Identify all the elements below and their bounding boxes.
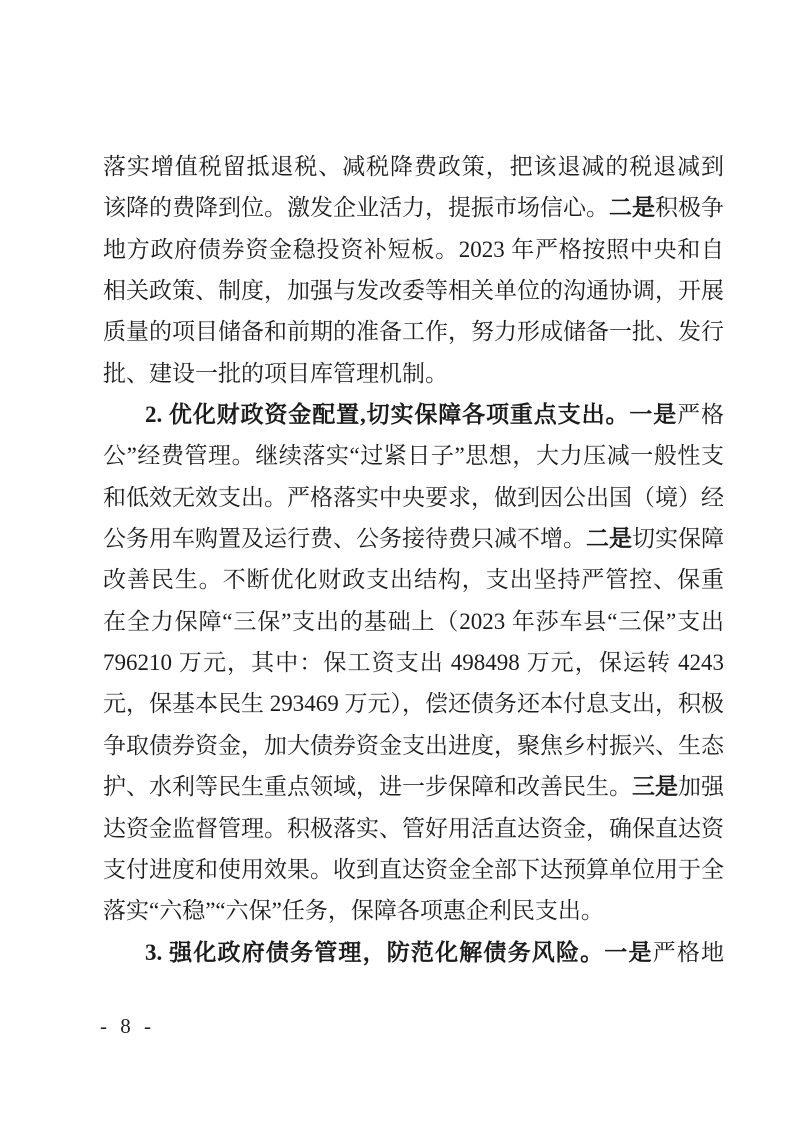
text-run: 在全力保障“三保”支出的基础上（2023 年莎车县“三保”支出 <box>103 609 724 634</box>
text-run: 护、水利等民生重点领域，进一步保障和改善民生。 <box>103 774 632 799</box>
bold-text-run: 二是 <box>586 526 632 551</box>
text-line: 争取债券资金，加大债券资金支出进度，聚焦乡村振兴、生态保 <box>103 725 724 766</box>
document-page: 落实增值税留抵退税、减税降费政策，把该退减的税退减到位、该降的费降到位。激发企业… <box>0 0 793 1122</box>
text-line: 地方政府债券资金稳投资补短板。2023 年严格按照中央和自治区 <box>103 229 724 270</box>
text-line: 改善民生。不断优化财政支出结构，支出坚持严管控、保重点， <box>103 559 724 600</box>
text-run: 批、建设一批的项目库管理机制。 <box>103 361 448 386</box>
text-line: 达资金监督管理。积极落实、管好用活直达资金，确保直达资金 <box>103 808 724 849</box>
text-run: 支付进度和使用效果。收到直达资金全部下达预算单位用于全面 <box>103 857 724 890</box>
bold-text-run: 二是 <box>609 195 655 220</box>
text-line: 落实“六稳”“六保”任务，保障各项惠企利民支出。 <box>103 890 724 931</box>
text-line: 该降的费降到位。激发企业活力，提振市场信心。二是积极争取 <box>103 187 724 228</box>
document-content: 落实增值税留抵退税、减税降费政策，把该退减的税退减到位、该降的费降到位。激发企业… <box>103 146 724 973</box>
text-line: 元，保基本民生 293469 万元），偿还债务还本付息支出，积极 <box>103 683 724 724</box>
text-line: 落实增值税留抵退税、减税降费政策，把该退减的税退减到位、 <box>103 146 724 187</box>
text-line: 相关政策、制度，加强与发改委等相关单位的沟通协调，开展高 <box>103 270 724 311</box>
text-line: 支付进度和使用效果。收到直达资金全部下达预算单位用于全面 <box>103 849 724 890</box>
text-run: 落实增值税留抵退税、减税降费政策，把该退减的税退减到位、 <box>103 154 724 187</box>
text-run: 争取债券资金，加大债券资金支出进度，聚焦乡村振兴、生态保 <box>103 733 724 766</box>
text-line: 质量的项目储备和前期的准备工作，努力形成储备一批、发行一 <box>103 311 724 352</box>
text-line: 批、建设一批的项目库管理机制。 <box>103 353 724 394</box>
page-number: - 8 - <box>100 1014 152 1038</box>
text-line: 3. 强化政府债务管理，防范化解债务风险。一是严格地 <box>103 932 724 973</box>
text-line: 和低效无效支出。严格落实中央要求，做到因公出国（境）经费、 <box>103 477 724 518</box>
text-run: 质量的项目储备和前期的准备工作，努力形成储备一批、发行一 <box>103 319 724 352</box>
text-line: 796210 万元，其中：保工资支出 498498 万元，保运转 4243 万 <box>103 642 724 683</box>
bold-text-run: 3. 强化政府债务管理，防范化解债务风险。一是 <box>145 940 653 965</box>
text-run: 改善民生。不断优化财政支出结构，支出坚持严管控、保重点， <box>103 567 724 600</box>
text-run: 元，保基本民生 293469 万元），偿还债务还本付息支出，积极 <box>103 691 724 716</box>
text-run: 地方政府债券资金稳投资补短板。2023 年严格按照中央和自治区 <box>103 237 724 270</box>
text-run: 该降的费降到位。激发企业活力，提振市场信心。 <box>103 195 609 220</box>
text-run: 公务用车购置及运行费、公务接待费只减不增。 <box>103 526 586 551</box>
text-run: 公”经费管理。继续落实“过紧日子”思想，大力压减一般性支出 <box>103 443 724 476</box>
text-run: 达资金监督管理。积极落实、管好用活直达资金，确保直达资金 <box>103 816 724 849</box>
text-run: 相关政策、制度，加强与发改委等相关单位的沟通协调，开展高 <box>103 278 724 311</box>
text-line: 在全力保障“三保”支出的基础上（2023 年莎车县“三保”支出 <box>103 601 724 642</box>
bold-text-run: 2. 优化财政资金配置,切实保障各项重点支出。一是 <box>145 402 677 427</box>
text-line: 护、水利等民生重点领域，进一步保障和改善民生。三是加强直 <box>103 766 724 807</box>
text-line: 公”经费管理。继续落实“过紧日子”思想，大力压减一般性支出 <box>103 435 724 476</box>
text-run: 落实“六稳”“六保”任务，保障各项惠企利民支出。 <box>103 898 604 923</box>
text-run: 严格地 <box>653 940 724 965</box>
text-run: 和低效无效支出。严格落实中央要求，做到因公出国（境）经费、 <box>103 485 724 518</box>
bold-text-run: 三是 <box>632 774 678 799</box>
text-line: 2. 优化财政资金配置,切实保障各项重点支出。一是严格“三 <box>103 394 724 435</box>
text-line: 公务用车购置及运行费、公务接待费只减不增。二是切实保障和 <box>103 518 724 559</box>
text-run: 796210 万元，其中：保工资支出 498498 万元，保运转 4243 万 <box>103 650 724 683</box>
